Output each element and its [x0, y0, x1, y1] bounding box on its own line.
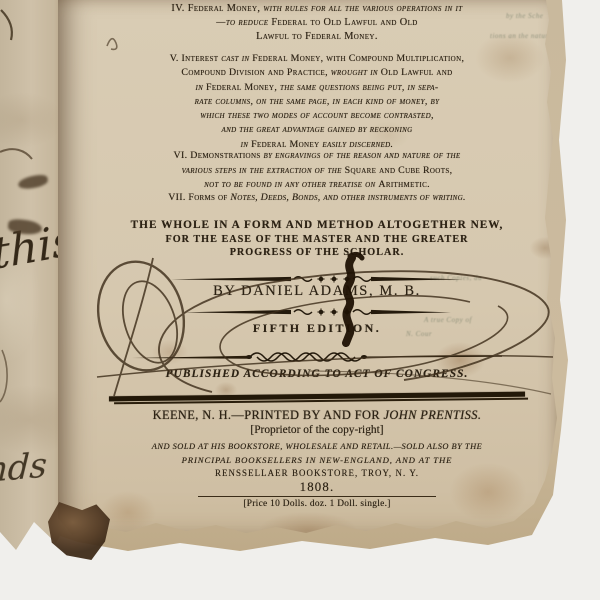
text-line: not to be found in any other treatise on… — [88, 178, 546, 193]
text-run: Arithmetic. — [378, 179, 430, 190]
ink-smudge — [17, 173, 49, 190]
handwritten-scrawl: nds — [0, 445, 48, 491]
text-line: in Federal Money, the same questions bei… — [88, 81, 546, 95]
text-line: Lawful to Federal Money. — [88, 30, 546, 44]
text-run: Square and Cube Roots, — [345, 165, 453, 176]
author-byline: BY DANIEL ADAMS, M. B. — [88, 283, 546, 300]
text-run: by engravings of the reason and nature o… — [263, 150, 460, 161]
price-line: [Price 10 Dolls. doz. 1 Doll. single.] — [88, 499, 546, 509]
text-line: PROGRESS OF THE SCHOLAR. — [88, 246, 546, 260]
text-run: V. Interest — [170, 53, 221, 64]
text-run: in — [195, 82, 206, 93]
section-vii-forms: VII. Forms of Notes, Deeds, Bonds, and o… — [88, 192, 546, 203]
text-run: IV. Federal Money, — [171, 3, 263, 14]
text-run: —to reduce — [216, 17, 271, 28]
text-run: Federal to Old Lawful and Old — [271, 17, 417, 28]
text-line: VII. Forms of Notes, Deeds, Bonds, and o… — [88, 192, 546, 203]
text-run: not to be found in any other treatise on — [204, 179, 378, 190]
text-run: cast in — [221, 53, 252, 64]
text-run: JOHN PRENTISS. — [384, 408, 482, 422]
section-vi-demonstrations: VI. Demonstrations by engravings of the … — [88, 149, 546, 193]
price-rule — [88, 496, 546, 497]
text-line: which these two modes of account become … — [88, 109, 546, 123]
text-line: FOR THE EASE OF THE MASTER AND THE GREAT… — [88, 233, 546, 247]
text-run: the same questions being put, in sepa- — [280, 82, 439, 93]
ornament-rule-bottom — [88, 307, 546, 317]
text-line: various steps in the extraction of the S… — [88, 164, 546, 179]
publication-year: 1808. — [88, 480, 546, 495]
text-run: KEENE, N. H.—PRINTED BY AND FOR — [153, 408, 384, 422]
text-run: Federal Money, with Compound Multiplicat… — [252, 53, 464, 64]
text-line: THE WHOLE IN A FORM AND METHOD ALTOGETHE… — [88, 219, 546, 233]
imprint-bookstore-line: AND SOLD AT HIS BOOKSTORE, WHOLESALE AND… — [88, 442, 546, 451]
rope-rule — [88, 349, 546, 365]
text-run: Federal Money, — [206, 82, 280, 93]
text-line: rate columns, on the same page, in each … — [88, 95, 546, 109]
statement-whole-new-method: THE WHOLE IN A FORM AND METHOD ALTOGETHE… — [88, 219, 546, 260]
text-line: IV. Federal Money, with rules for all th… — [88, 2, 546, 16]
text-line: and the great advantage gained by reckon… — [88, 123, 546, 137]
text-run: with rules for all the various operation… — [263, 3, 462, 14]
title-page: by the Sche tions an the nature of such … — [58, 0, 560, 545]
imprint-rensellaer-line: RENSSELLAER BOOKSTORE, TROY, N. Y. — [88, 468, 546, 478]
book-photo-scene: this nds by the Sche tions an the nature… — [0, 0, 600, 600]
imprint-booksellers-line: PRINCIPAL BOOKSELLERS IN NEW-ENGLAND, AN… — [88, 455, 546, 465]
text-line: V. Interest cast in Federal Money, with … — [88, 52, 546, 66]
text-line: VI. Demonstrations by engravings of the … — [88, 149, 546, 164]
heavy-double-rule — [88, 394, 546, 399]
text-run: wrought in — [331, 67, 381, 78]
text-run: various steps in the extraction of the — [182, 165, 345, 176]
imprint-proprietor-line: [Proprietor of the copy-right] — [88, 424, 546, 436]
congress-statement: PUBLISHED ACCORDING TO ACT OF CONGRESS. — [88, 368, 546, 380]
text-line: Compound Division and Practice, wrought … — [88, 66, 546, 80]
text-run: Old Lawful and — [381, 67, 453, 78]
torn-spine-edge — [48, 502, 110, 560]
edition-statement: FIFTH EDITION. — [88, 321, 546, 336]
text-run: VII. Forms of — [168, 192, 230, 203]
text-line: —to reduce Federal to Old Lawful and Old — [88, 16, 546, 30]
text-run: Notes, Deeds, Bonds, — [230, 192, 323, 203]
text-run: Compound Division and Practice, — [181, 67, 330, 78]
imprint-publisher-line: KEENE, N. H.—PRINTED BY AND FOR JOHN PRE… — [88, 408, 546, 423]
text-run: and other instruments of writing. — [323, 192, 465, 203]
section-v-interest: V. Interest cast in Federal Money, with … — [88, 52, 546, 152]
text-run: VI. Demonstrations — [173, 150, 263, 161]
section-iv-federal-money: IV. Federal Money, with rules for all th… — [88, 2, 546, 45]
